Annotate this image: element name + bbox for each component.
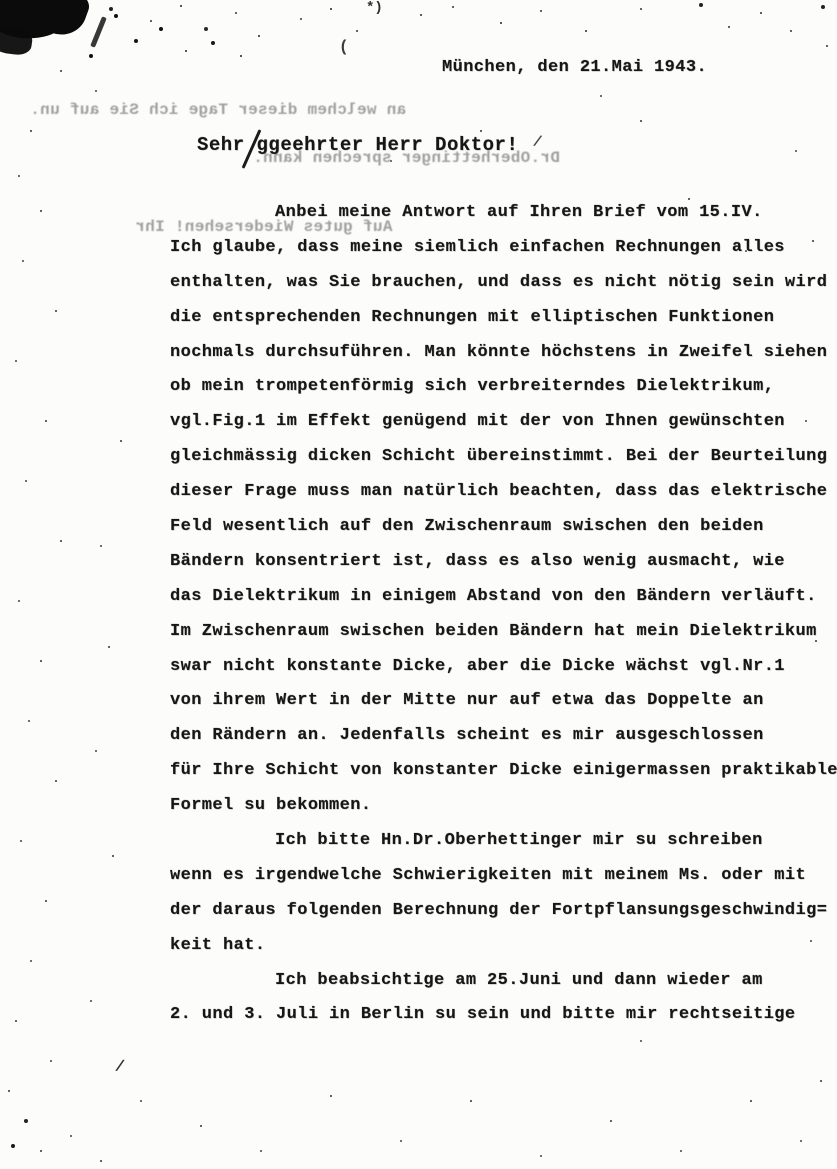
letter-line: den Rändern an. Jedenfalls scheint es mi… xyxy=(170,719,830,754)
letter-line: der daraus folgenden Berechnung der Fort… xyxy=(170,894,830,929)
letter-line: Im Zwischenraum swischen beiden Bändern … xyxy=(170,615,830,650)
scan-artifact-speckles xyxy=(0,0,2,2)
scanned-letter-page: *) ( / / an welchem dieser Tage ich Sie … xyxy=(0,0,837,1169)
letter-line: Bändern konsentriert ist, dass es also w… xyxy=(170,545,830,580)
bleedthrough-line: an welchem dieser Tage ich Sie auf un. xyxy=(30,101,406,119)
letter-line: nochmals durchsuführen. Man könnte höchs… xyxy=(170,336,830,371)
letter-line: für Ihre Schicht von konstanter Dicke ei… xyxy=(170,754,830,789)
letter-line: dieser Frage muss man natürlich beachten… xyxy=(170,475,830,510)
letter-line: Ich glaube, dass meine siemlich einfache… xyxy=(170,231,830,266)
letter-line: von ihrem Wert in der Mitte nur auf etwa… xyxy=(170,684,830,719)
letter-salutation: Sehr ggeehrter Herr Doktor! xyxy=(197,134,518,156)
letter-line: keit hat. xyxy=(170,929,830,964)
scan-artifact-mark: ( xyxy=(339,38,349,56)
scan-artifact-mark: / xyxy=(114,1058,125,1077)
scan-artifact-mark: *) xyxy=(366,0,383,16)
letter-line: vgl.Fig.1 im Effekt genügend mit der von… xyxy=(170,405,830,440)
letter-body: Anbei meine Antwort auf Ihren Brief vom … xyxy=(170,196,830,1033)
scan-artifact-streak xyxy=(90,16,107,48)
letter-line: swar nicht konstante Dicke, aber die Dic… xyxy=(170,650,830,685)
letter-line: wenn es irgendwelche Schwierigkeiten mit… xyxy=(170,859,830,894)
letter-line: gleichmässig dicken Schicht übereinstimm… xyxy=(170,440,830,475)
letter-line: enthalten, was Sie brauchen, und dass es… xyxy=(170,266,830,301)
letter-line: Feld wesentlich auf den Zwischenraum swi… xyxy=(170,510,830,545)
letter-line: Anbei meine Antwort auf Ihren Brief vom … xyxy=(170,196,830,231)
letter-line: die entsprechenden Rechnungen mit ellipt… xyxy=(170,301,830,336)
letter-line: Ich beabsichtige am 25.Juni und dann wie… xyxy=(170,964,830,999)
letter-line: 2. und 3. Juli in Berlin su sein und bit… xyxy=(170,998,830,1033)
letter-line: Ich bitte Hn.Dr.Oberhettinger mir su sch… xyxy=(170,824,830,859)
salutation-rest: geehrter Herr Doktor! xyxy=(268,134,518,156)
letter-dateline: München, den 21.Mai 1943. xyxy=(442,58,707,77)
letter-line: ob mein trompetenförmig sich verbreitern… xyxy=(170,370,830,405)
letter-line: Formel su bekommen. xyxy=(170,789,830,824)
letter-line: das Dielektrikum in einigem Abstand von … xyxy=(170,580,830,615)
